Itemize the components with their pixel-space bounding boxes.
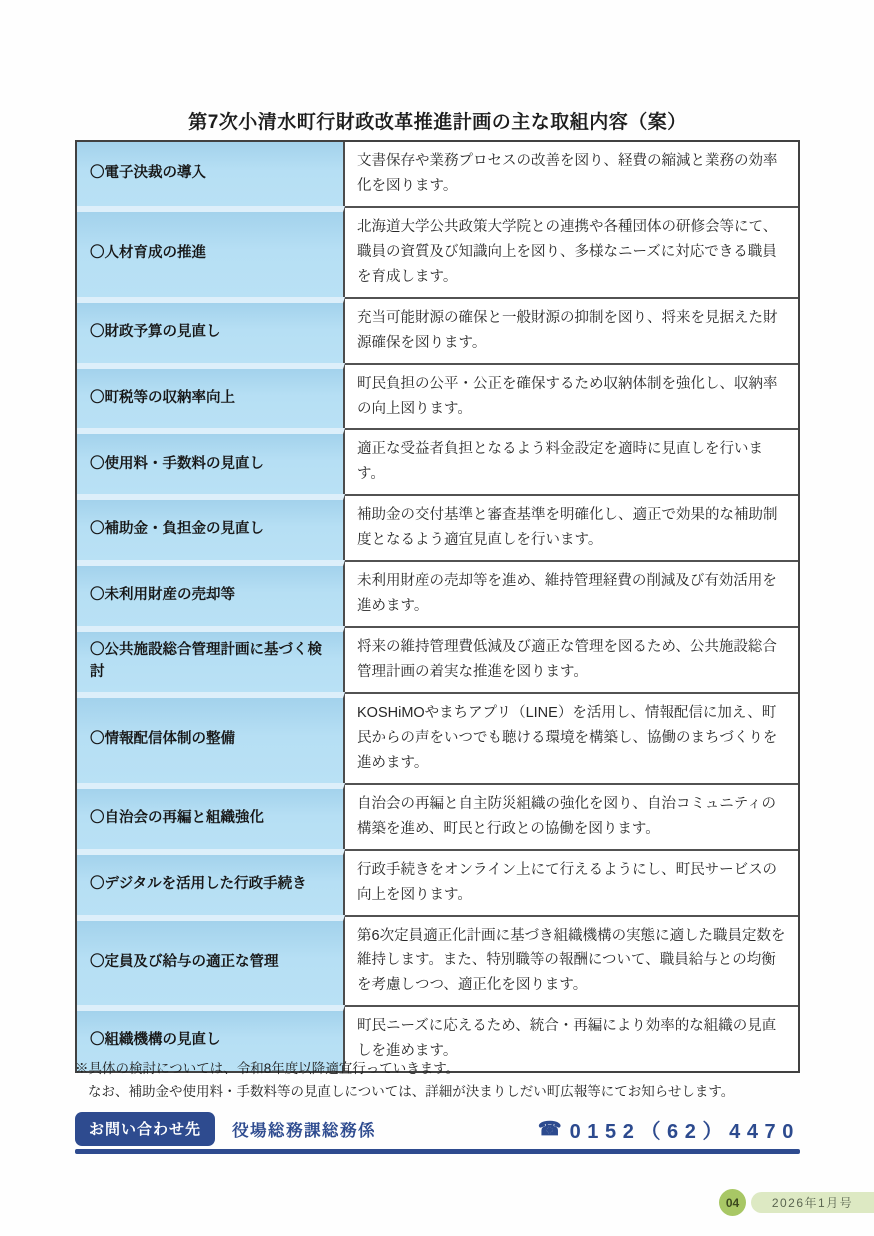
- table-row: 〇使用料・手数料の見直し 適正な受益者負担となるよう料金設定を適時に見直しを行い…: [77, 428, 798, 494]
- initiative-description: 未利用財産の売却等を進め、維持管理経費の削減及び有効活用を進めます。: [345, 560, 798, 626]
- page-number-badge: 04: [719, 1189, 746, 1216]
- table-row: 〇町税等の収納率向上 町民負担の公平・公正を確保するため収納体制を強化し、収納率…: [77, 363, 798, 429]
- footnote-line: なお、補助金や使用料・手数料等の見直しについては、詳細が決まりしだい町広報等にて…: [75, 1081, 815, 1104]
- reform-table: 〇電子決裁の導入 文書保存や業務プロセスの改善を図り、経費の縮減と業務の効率化を…: [75, 140, 800, 1073]
- initiative-description: 適正な受益者負担となるよう料金設定を適時に見直しを行います。: [345, 428, 798, 494]
- contact-badge: お問い合わせ先: [75, 1112, 215, 1146]
- initiative-description: 充当可能財源の確保と一般財源の抑制を図り、将来を見据えた財源確保を図ります。: [345, 297, 798, 363]
- initiative-description: 町民負担の公平・公正を確保するため収納体制を強化し、収納率の向上図ります。: [345, 363, 798, 429]
- issue-label: 2026年1月号: [751, 1192, 874, 1213]
- contact-divider: [75, 1149, 800, 1154]
- initiative-name: 〇未利用財産の売却等: [77, 560, 345, 626]
- initiative-name: 〇人材育成の推進: [77, 206, 345, 297]
- initiative-description: KOSHiMOやまちアプリ（LINE）を活用し、情報配信に加え、町民からの声をい…: [345, 692, 798, 783]
- table-row: 〇未利用財産の売却等 未利用財産の売却等を進め、維持管理経費の削減及び有効活用を…: [77, 560, 798, 626]
- initiative-description: 行政手続きをオンライン上にて行えるようにし、町民サービスの向上を図ります。: [345, 849, 798, 915]
- telephone-icon: ☎: [538, 1118, 562, 1141]
- table-row: 〇デジタルを活用した行政手続き 行政手続きをオンライン上にて行えるようにし、町民…: [77, 849, 798, 915]
- table-row: 〇補助金・負担金の見直し 補助金の交付基準と審査基準を明確化し、適正で効果的な補…: [77, 494, 798, 560]
- initiative-name: 〇公共施設総合管理計画に基づく検討: [77, 626, 345, 692]
- table-row: 〇人材育成の推進 北海道大学公共政策大学院との連携や各種団体の研修会等にて、職員…: [77, 206, 798, 297]
- page-title: 第7次小清水町行財政改革推進計画の主な取組内容（案）: [75, 107, 800, 134]
- initiative-description: 自治会の再編と自主防災組織の強化を図り、自治コミュニティの構築を進め、町民と行政…: [345, 783, 798, 849]
- table-row: 〇自治会の再編と組織強化 自治会の再編と自主防災組織の強化を図り、自治コミュニテ…: [77, 783, 798, 849]
- table-row: 〇電子決裁の導入 文書保存や業務プロセスの改善を図り、経費の縮減と業務の効率化を…: [77, 142, 798, 206]
- footnotes: ※具体の検討については、令和8年度以降適宜行っていきます。 なお、補助金や使用料…: [75, 1058, 815, 1104]
- contact-department: 役場総務課総務係: [232, 1117, 376, 1141]
- initiative-name: 〇町税等の収納率向上: [77, 363, 345, 429]
- initiative-description: 補助金の交付基準と審査基準を明確化し、適正で効果的な補助制度となるよう適宜見直し…: [345, 494, 798, 560]
- initiative-name: 〇情報配信体制の整備: [77, 692, 345, 783]
- phone-number: 0152（62）4470: [570, 1115, 800, 1144]
- table-row: 〇情報配信体制の整備 KOSHiMOやまちアプリ（LINE）を活用し、情報配信に…: [77, 692, 798, 783]
- table-row: 〇財政予算の見直し 充当可能財源の確保と一般財源の抑制を図り、将来を見据えた財源…: [77, 297, 798, 363]
- initiative-name: 〇デジタルを活用した行政手続き: [77, 849, 345, 915]
- initiative-name: 〇定員及び給与の適正な管理: [77, 915, 345, 1006]
- newsletter-page: 第7次小清水町行財政改革推進計画の主な取組内容（案） 〇電子決裁の導入 文書保存…: [0, 0, 874, 1236]
- contact-section: お問い合わせ先 役場総務課総務係 ☎ 0152（62）4470: [75, 1112, 800, 1146]
- initiative-description: 北海道大学公共政策大学院との連携や各種団体の研修会等にて、職員の資質及び知識向上…: [345, 206, 798, 297]
- initiative-name: 〇財政予算の見直し: [77, 297, 345, 363]
- footnote-line: ※具体の検討については、令和8年度以降適宜行っていきます。: [75, 1058, 815, 1081]
- table-row: 〇公共施設総合管理計画に基づく検討 将来の維持管理費低減及び適正な管理を図るため…: [77, 626, 798, 692]
- table-row: 〇定員及び給与の適正な管理 第6次定員適正化計画に基づき組織機構の実態に適した職…: [77, 915, 798, 1006]
- initiative-description: 文書保存や業務プロセスの改善を図り、経費の縮減と業務の効率化を図ります。: [345, 142, 798, 206]
- initiative-name: 〇使用料・手数料の見直し: [77, 428, 345, 494]
- initiative-name: 〇電子決裁の導入: [77, 142, 345, 206]
- initiative-name: 〇補助金・負担金の見直し: [77, 494, 345, 560]
- initiative-description: 将来の維持管理費低減及び適正な管理を図るため、公共施設総合管理計画の着実な推進を…: [345, 626, 798, 692]
- contact-phone: ☎ 0152（62）4470: [538, 1115, 800, 1144]
- initiative-description: 第6次定員適正化計画に基づき組織機構の実態に適した職員定数を維持します。また、特…: [345, 915, 798, 1006]
- initiative-name: 〇自治会の再編と組織強化: [77, 783, 345, 849]
